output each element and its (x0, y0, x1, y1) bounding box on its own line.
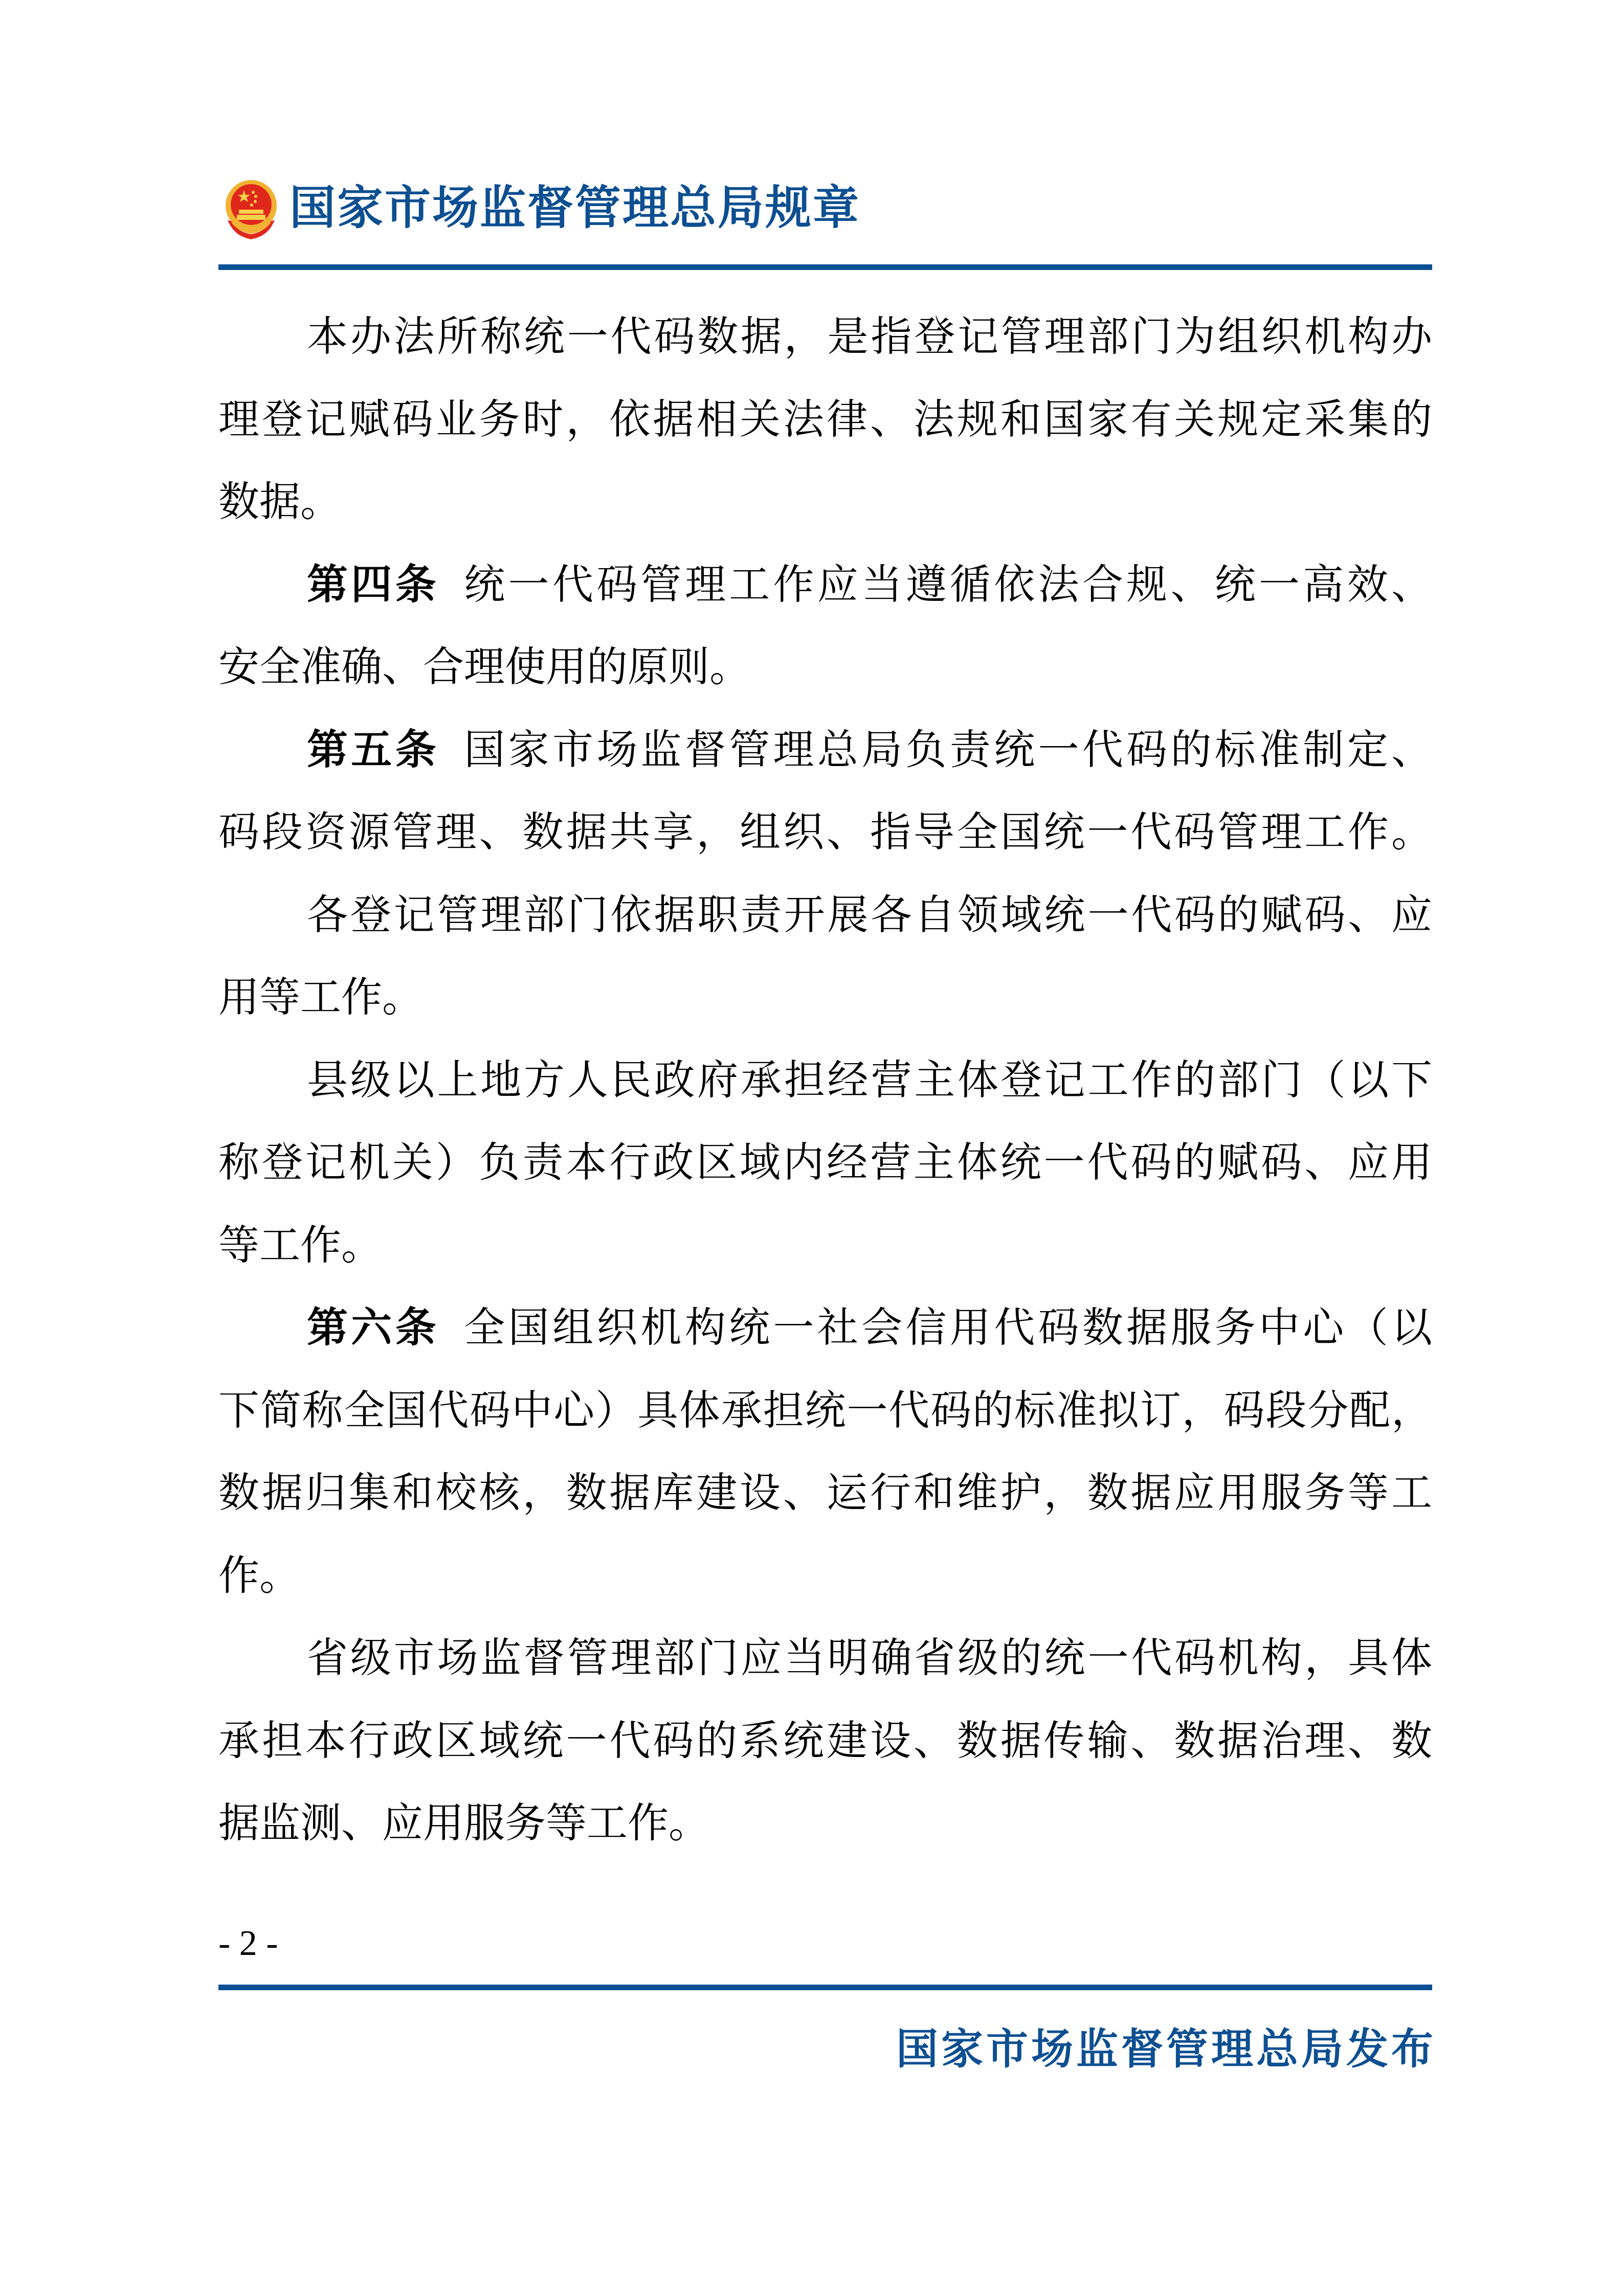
body-line: 用等工作。 (218, 956, 1432, 1039)
national-emblem-icon (224, 179, 279, 240)
body-line: 作。 (218, 1534, 1432, 1617)
body-line: 等工作。 (218, 1204, 1432, 1287)
article-label: 第六条 (307, 1303, 439, 1351)
body-line: 下简称全国代码中心）具体承担统一代码的标准拟订，码段分配， (218, 1369, 1432, 1452)
body-line: 承担本行政区域统一代码的系统建设、数据传输、数据治理、数 (218, 1699, 1432, 1782)
body-line: 数据。 (218, 460, 1432, 543)
body-line-text: 承担本行政区域统一代码的系统建设、数据传输、数据治理、数 (218, 1717, 1432, 1764)
body-line-text: 全国组织机构统一社会信用代码数据服务中心（以 (461, 1303, 1432, 1351)
article-5-line: 第五条国家市场监督管理总局负责统一代码的标准制定、 (218, 708, 1432, 791)
article-label: 第五条 (307, 726, 439, 773)
body-line: 县级以上地方人民政府承担经营主体登记工作的部门（以下 (218, 1039, 1432, 1121)
body-line-text: 等工作。 (218, 1221, 382, 1269)
body-line-text: 统一代码管理工作应当遵循依法合规、统一高效、 (461, 560, 1432, 608)
body-line-text: 数据归集和校核，数据库建设、运行和维护，数据应用服务等工 (218, 1469, 1432, 1516)
body-line-text: 安全准确、合理使用的原则。 (218, 643, 750, 690)
article-label: 第四条 (307, 560, 439, 608)
body-line: 省级市场监督管理部门应当明确省级的统一代码机构，具体 (218, 1616, 1432, 1699)
body-line-text: 用等工作。 (218, 973, 423, 1021)
header-divider (218, 264, 1432, 270)
footer-divider (218, 1985, 1432, 1990)
body-line: 据监测、应用服务等工作。 (218, 1782, 1432, 1864)
page-number: - 2 - (218, 1920, 278, 1967)
body-line: 本办法所称统一代码数据，是指登记管理部门为组织机构办 (218, 295, 1432, 378)
body-line: 称登记机关）负责本行政区域内经营主体统一代码的赋码、应用 (218, 1121, 1432, 1204)
footer-publisher: 国家市场监督管理总局发布 (896, 2024, 1436, 2075)
body-line-text: 理登记赋码业务时，依据相关法律、法规和国家有关规定采集的 (218, 395, 1432, 443)
body-line-text: 省级市场监督管理部门应当明确省级的统一代码机构，具体 (307, 1634, 1432, 1681)
body-line: 各登记管理部门依据职责开展各自领域统一代码的赋码、应 (218, 873, 1432, 956)
body-line-text: 称登记机关）负责本行政区域内经营主体统一代码的赋码、应用 (218, 1138, 1432, 1186)
article-6-line: 第六条全国组织机构统一社会信用代码数据服务中心（以 (218, 1286, 1432, 1369)
body-line-text: 各登记管理部门依据职责开展各自领域统一代码的赋码、应 (307, 891, 1432, 938)
body-line-text: 国家市场监督管理总局负责统一代码的标准制定、 (461, 726, 1432, 773)
body-line-text: 作。 (218, 1551, 300, 1599)
body-line-text: 码段资源管理、数据共享，组织、指导全国统一代码管理工作。 (218, 808, 1432, 856)
body-line-text: 数据。 (218, 478, 341, 525)
article-4-line: 第四条统一代码管理工作应当遵循依法合规、统一高效、 (218, 543, 1432, 626)
body-line: 数据归集和校核，数据库建设、运行和维护，数据应用服务等工 (218, 1451, 1432, 1534)
body-line-text: 下简称全国代码中心）具体承担统一代码的标准拟订，码段分配， (218, 1386, 1432, 1434)
document-body: 本办法所称统一代码数据，是指登记管理部门为组织机构办 理登记赋码业务时，依据相关… (218, 295, 1432, 1864)
body-line-text: 据监测、应用服务等工作。 (218, 1799, 709, 1847)
body-line: 码段资源管理、数据共享，组织、指导全国统一代码管理工作。 (218, 791, 1432, 873)
header-title: 国家市场监督管理总局规章 (290, 180, 860, 236)
body-line-text: 本办法所称统一代码数据，是指登记管理部门为组织机构办 (307, 312, 1432, 360)
body-line: 安全准确、合理使用的原则。 (218, 625, 1432, 708)
body-line: 理登记赋码业务时，依据相关法律、法规和国家有关规定采集的 (218, 378, 1432, 461)
body-line-text: 县级以上地方人民政府承担经营主体登记工作的部门（以下 (307, 1056, 1432, 1104)
